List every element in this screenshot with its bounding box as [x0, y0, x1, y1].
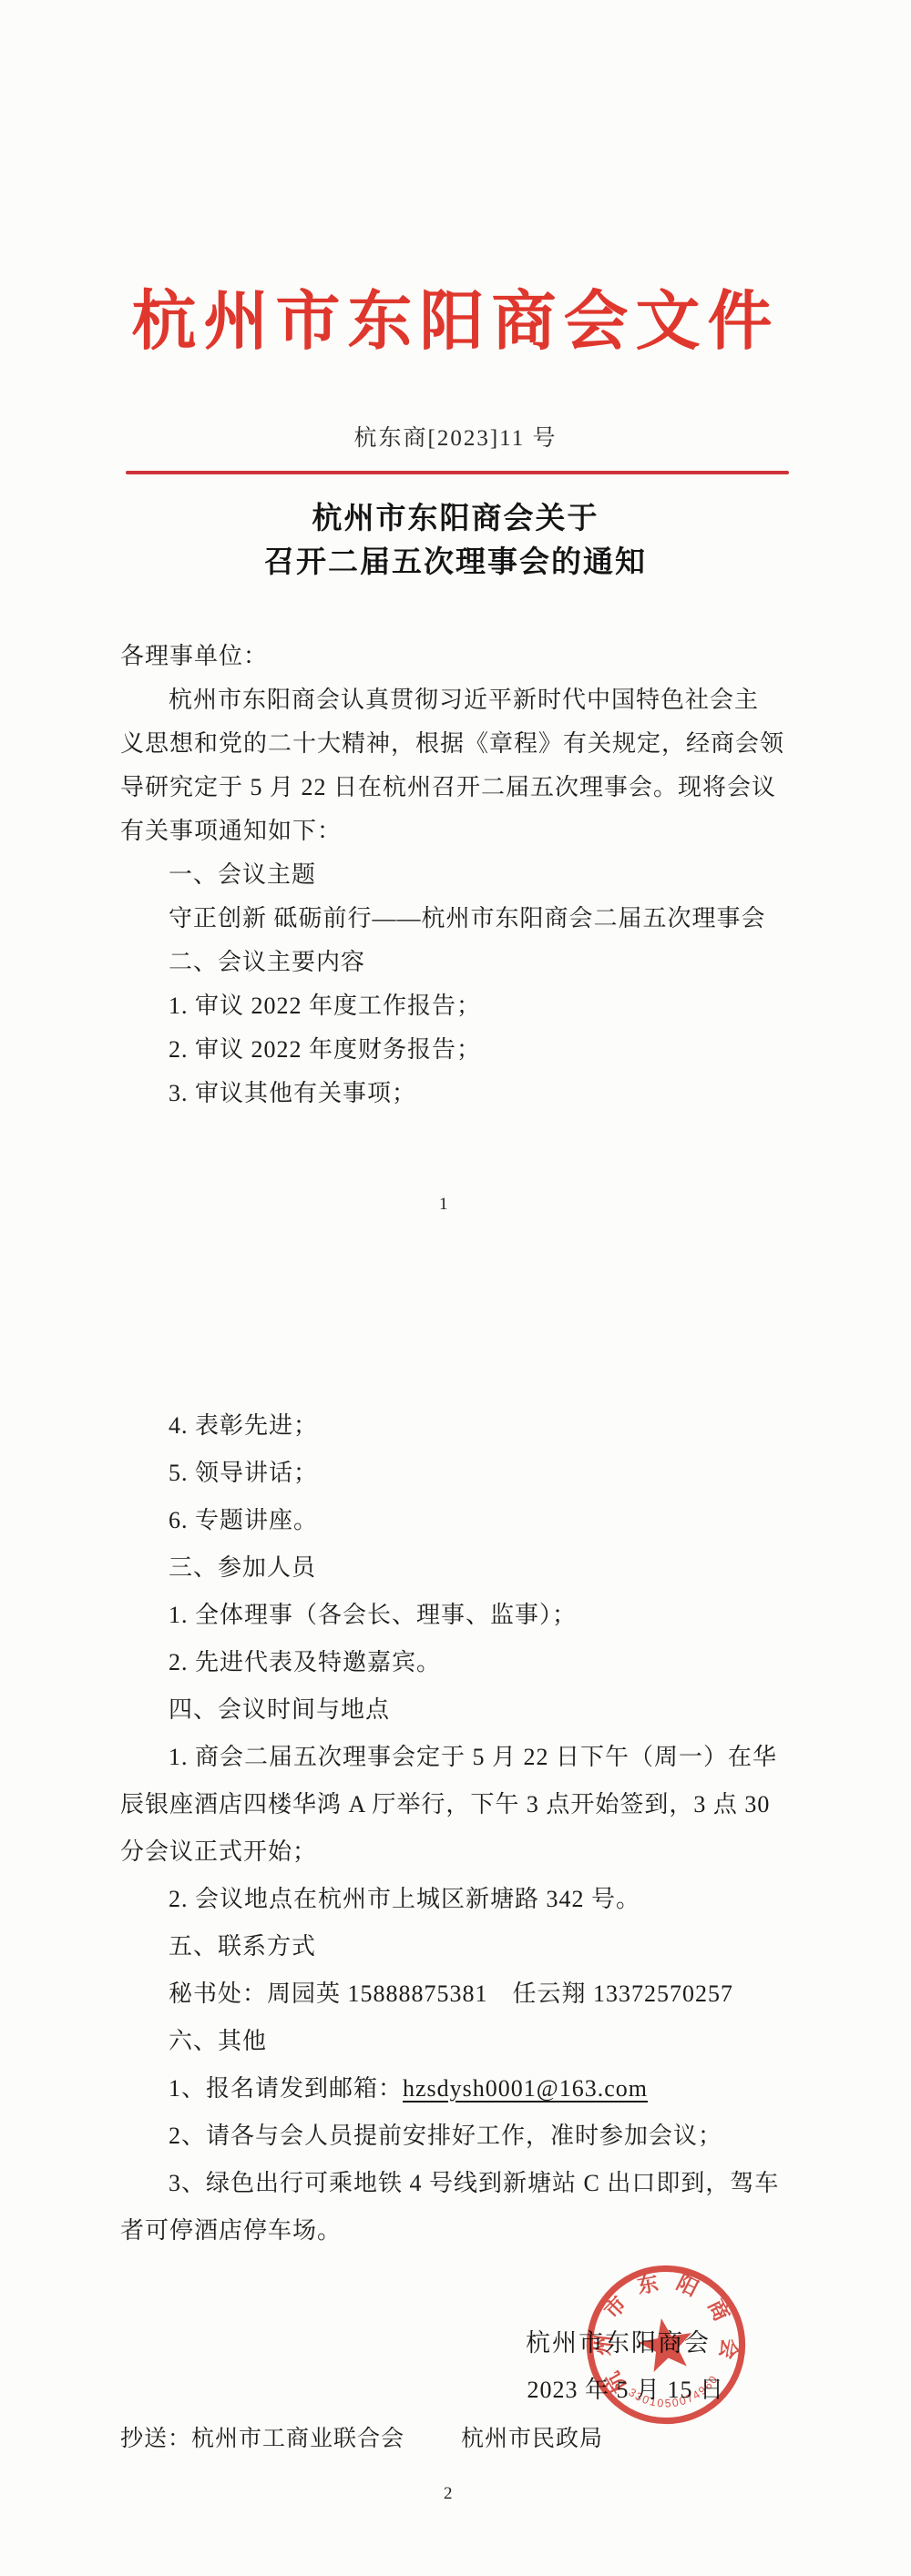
list-item: 2. 审议 2022 年度财务报告；	[120, 1028, 794, 1072]
body-line: 辰银座酒店四楼华鸿 A 厅举行，下午 3 点开始签到，3 点 30	[120, 1781, 794, 1828]
notice-title: 杭州市东阳商会关于 召开二届五次理事会的通知	[0, 497, 911, 585]
list-item: 5. 领导讲话；	[120, 1450, 794, 1497]
body-line: 1. 商会二届五次理事会定于 5 月 22 日下午（周一）在华	[120, 1734, 794, 1781]
section-heading: 五、联系方式	[120, 1923, 794, 1970]
masthead-title: 杭州市东阳商会文件	[0, 270, 911, 362]
section-heading: 二、会议主要内容	[120, 941, 794, 984]
section-heading: 一、会议主题	[120, 853, 794, 897]
page2-body: 4. 表彰先进； 5. 领导讲话； 6. 专题讲座。 三、参加人员 1. 全体理…	[120, 1402, 794, 2255]
red-separator-rule	[126, 471, 789, 474]
page1-body: 各理事单位： 杭州市东阳商会认真贯彻习近平新时代中国特色社会主 义思想和党的二十…	[120, 635, 794, 1115]
list-item: 4. 表彰先进；	[120, 1402, 794, 1450]
list-item: 1. 全体理事（各会长、理事、监事）；	[120, 1592, 794, 1639]
body-line: 导研究定于 5 月 22 日在杭州召开二届五次理事会。现将会议	[120, 766, 794, 809]
list-item: 1. 审议 2022 年度工作报告；	[120, 984, 794, 1028]
section-heading: 三、参加人员	[120, 1544, 794, 1592]
notice-title-line-1: 杭州市东阳商会关于	[0, 497, 911, 541]
body-line: 义思想和党的二十大精神，根据《章程》有关规定，经商会领	[120, 722, 794, 766]
list-item: 3、绿色出行可乘地铁 4 号线到新塘站 C 出口即到，驾车	[120, 2160, 794, 2207]
notice-title-line-2: 召开二届五次理事会的通知	[0, 541, 911, 585]
cc-line: 抄送：杭州市工商业联合会杭州市民政局	[120, 2420, 603, 2453]
page-number-2: 2	[444, 2484, 453, 2504]
cc-recipient-2: 杭州市民政局	[461, 2427, 603, 2451]
list-item: 2、请各与会人员提前安排好工作，准时参加会议；	[120, 2113, 794, 2160]
page-number-1: 1	[439, 1195, 448, 1215]
seal-star	[635, 2314, 698, 2374]
email-address: hzsdysh0001@163.com	[403, 2075, 648, 2102]
body-line: 有关事项通知如下：	[120, 809, 794, 853]
list-item: 6. 专题讲座。	[120, 1497, 794, 1544]
email-line-prefix: 1、报名请发到邮箱：	[169, 2075, 403, 2102]
salutation-line: 各理事单位：	[120, 635, 794, 678]
doc-number: 杭东商[2023]11 号	[0, 420, 911, 453]
list-item: 3. 审议其他有关事项；	[120, 1072, 794, 1115]
official-seal: 杭州市东阳商会 3301050074960	[566, 2245, 766, 2445]
list-item: 2. 会议地点在杭州市上城区新塘路 342 号。	[120, 1876, 794, 1923]
scanned-official-document: 杭州市东阳商会文件 杭东商[2023]11 号 杭州市东阳商会关于 召开二届五次…	[0, 0, 911, 2576]
cc-label: 抄送：	[120, 2427, 191, 2451]
section-heading: 四、会议时间与地点	[120, 1686, 794, 1734]
contact-line: 秘书处：周园英 15888875381 任云翔 13372570257	[120, 1970, 794, 2018]
body-line: 分会议正式开始；	[120, 1828, 794, 1876]
list-item: 2. 先进代表及特邀嘉宾。	[120, 1639, 794, 1686]
cc-recipient-1: 杭州市工商业联合会	[191, 2427, 404, 2451]
body-line: 守正创新 砥砺前行——杭州市东阳商会二届五次理事会	[120, 897, 794, 941]
section-heading: 六、其他	[120, 2018, 794, 2065]
body-line: 杭州市东阳商会认真贯彻习近平新时代中国特色社会主	[120, 678, 794, 722]
body-line: 者可停酒店停车场。	[120, 2207, 794, 2255]
email-line: 1、报名请发到邮箱：hzsdysh0001@163.com	[120, 2065, 794, 2113]
